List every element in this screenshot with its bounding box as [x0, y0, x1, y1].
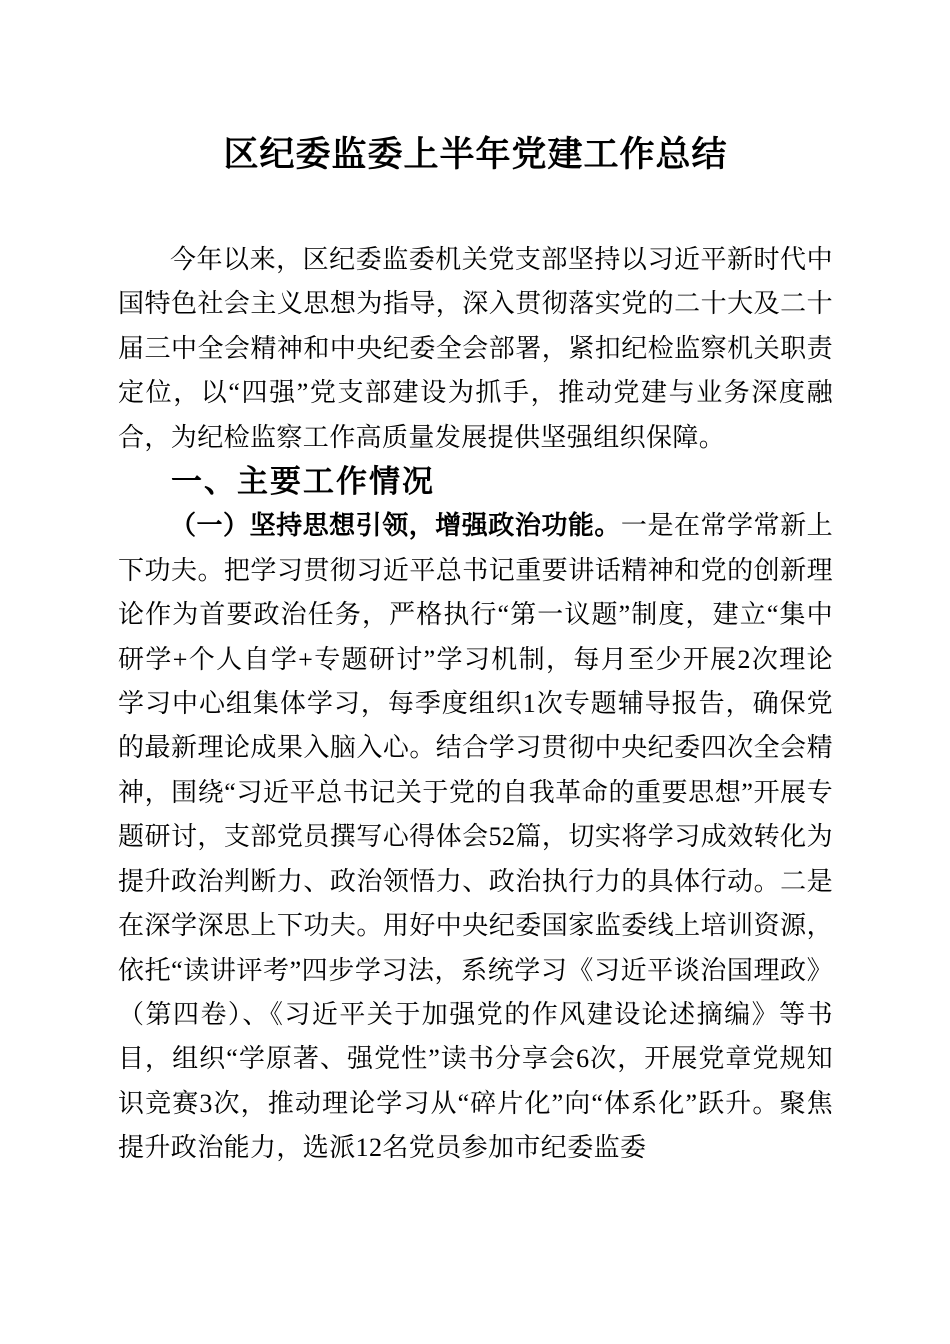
document-page: 区纪委监委上半年党建工作总结 今年以来，区纪委监委机关党支部坚持以习近平新时代中…	[0, 0, 950, 1344]
subsection-lead: （一）坚持思想引领，增强政治功能。	[170, 511, 621, 540]
section-heading: 一、主要工作情况	[118, 460, 833, 504]
document-title: 区纪委监委上半年党建工作总结	[118, 133, 833, 177]
subsection-paragraph: （一）坚持思想引领，增强政治功能。一是在常学常新上下功夫。把学习贯彻习近平总书记…	[118, 504, 833, 1170]
intro-paragraph: 今年以来，区纪委监委机关党支部坚持以习近平新时代中国特色社会主义思想为指导，深入…	[118, 238, 833, 460]
subsection-body: 一是在常学常新上下功夫。把学习贯彻习近平总书记重要讲话精神和党的创新理论作为首要…	[118, 511, 833, 1162]
